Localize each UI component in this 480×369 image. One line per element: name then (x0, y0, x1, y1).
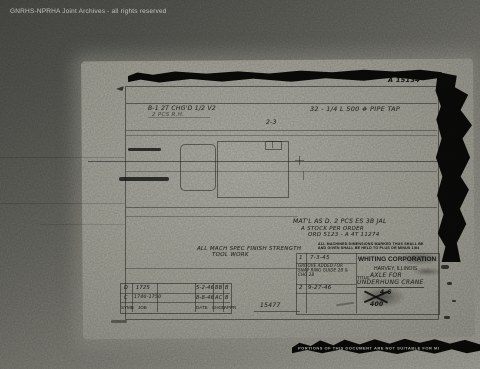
table-cell-sym-2: C (124, 295, 128, 301)
right-speck-1 (441, 265, 449, 269)
center-tick-3 (295, 160, 304, 161)
scan-artifact-bottom-stamp: PORTIONS OF THIS DOCUMENT ARE NOT SUITAB… (292, 338, 480, 354)
note-material-3: ORD 5123 - A 4T 11274 (308, 232, 380, 238)
tolerance-stamp: ALL MACHINED DIMENSIONS MARKED THUS SHAL… (318, 242, 408, 250)
note-material-1: MAT'L AS D. 2 PCS ES 3B JAL (293, 218, 387, 225)
bottom-stamp-text: PORTIONS OF THIS DOCUMENT ARE NOT SUITAB… (298, 346, 439, 351)
revision-1-date: 7-3-45 (310, 255, 330, 261)
drawing-number: 15477 (260, 302, 281, 309)
rule-line-5 (126, 216, 298, 217)
table-cell-job-2: 1740-1750 (134, 295, 161, 300)
note-finish-2: TOOL WORK (212, 252, 249, 258)
revision-1-note: GROOVE ADDED FOR SNAP RING GUIDE 2B & CH… (298, 264, 352, 277)
table-cell-chgd-2: AC (215, 295, 223, 301)
revision-2-date: 9-27-46 (308, 285, 332, 291)
bleed-line-3 (40, 224, 125, 225)
center-tick-2 (303, 171, 304, 180)
pencil-dash-2 (119, 177, 169, 181)
right-speck-3 (452, 300, 456, 302)
pencil-dash-3 (111, 320, 127, 323)
revision-1-number: 1 (299, 255, 303, 261)
ink-smudge-1 (398, 252, 440, 265)
revision-1-note-text: GROOVE ADDED FOR SNAP RING GUIDE 2B & CH… (298, 264, 352, 277)
note-dimension: 2-3 (266, 119, 277, 126)
border-line-top2 (126, 103, 437, 104)
note-top-left-1: B-1 2T CHG'D 1/2 V2 (148, 105, 216, 112)
title-block-hline-3 (296, 293, 356, 294)
table-cell-sym-1: D (124, 285, 128, 291)
revision-2-number: 2 (299, 285, 303, 291)
table-cell-date-1: 5-2-46 (196, 285, 214, 291)
table-cell-job-1: 1725 (136, 285, 150, 291)
rule-line-2 (126, 135, 437, 136)
pencil-dash-1 (128, 148, 161, 151)
rule-line-4 (126, 207, 437, 208)
table-cell-appr-2: B (225, 295, 229, 301)
bleed-line-1 (0, 157, 125, 158)
ink-smudge-2 (412, 267, 442, 276)
scanned-drawing-page: GNRHS-NPRHA Joint Archives - all rights … (0, 0, 480, 369)
archive-watermark: GNRHS-NPRHA Joint Archives - all rights … (10, 8, 167, 15)
drawing-number-underline (254, 311, 300, 312)
keyway-divider (272, 141, 273, 148)
right-speck-4 (444, 316, 450, 319)
axle-collar-outline (180, 144, 216, 191)
rule-line-6 (125, 268, 298, 269)
right-speck-2 (447, 282, 452, 285)
note-top-left-2: 2 PCS R.H. (152, 112, 184, 118)
bleed-line-2 (0, 203, 125, 204)
table-footer-job: JOB (138, 305, 147, 310)
table-cell-date-2: 8-8-46 (196, 295, 214, 301)
ink-smudge-3 (360, 286, 406, 308)
keyway-notch (265, 141, 282, 150)
rule-line-1 (126, 130, 437, 131)
note-top-right: 32 - 1/4 L 500 # PIPE TAP (310, 105, 400, 113)
table-footer-appr: APPR (224, 305, 236, 310)
tolerance-stamp-line-2: AND GIVEN SHALL BE HELD TO PLUS OR MINUS… (318, 246, 408, 250)
title-block-vline-1 (306, 253, 307, 313)
table-cell-chgd-1: BB (215, 285, 222, 291)
drawing-title-line-1: AXLE FOR (370, 272, 402, 279)
table-footer-sym: SYMB (121, 305, 134, 310)
table-cell-appr-1: B (225, 285, 229, 291)
table-footer-date: DATE (196, 305, 208, 310)
